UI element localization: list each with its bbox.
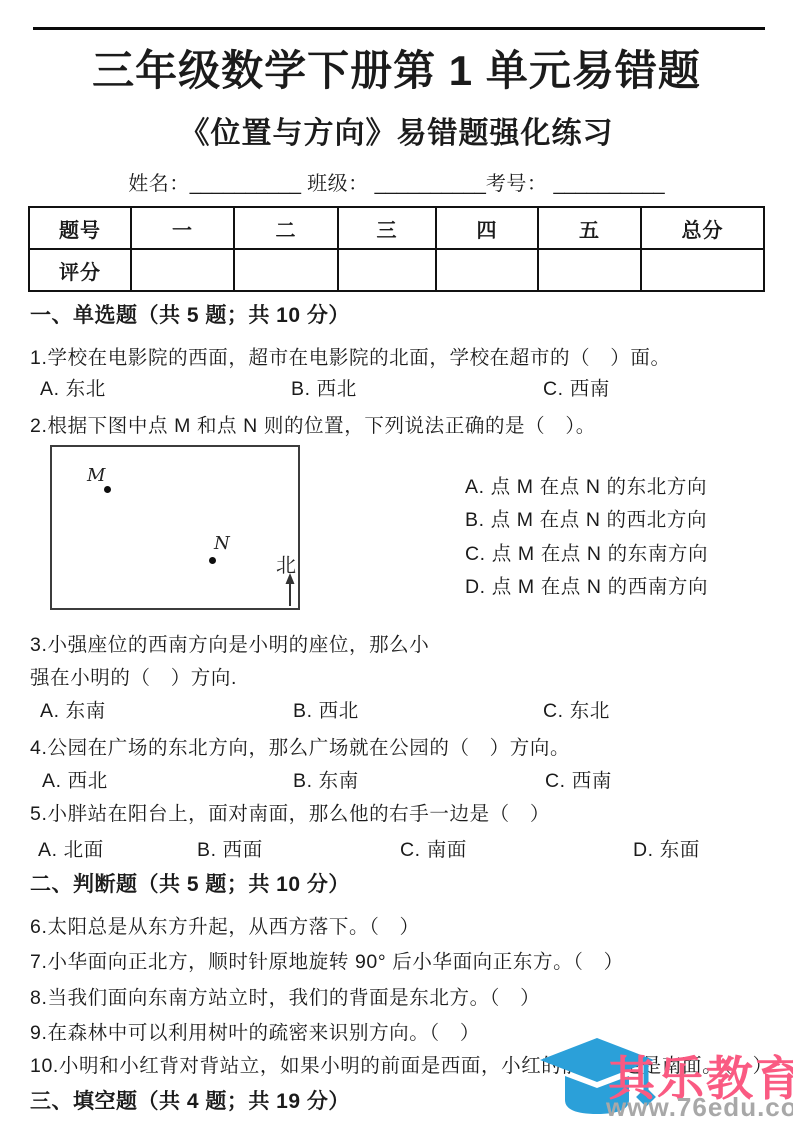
- point-m-label: M: [87, 465, 105, 486]
- watermark-url-text: www.76edu.com: [606, 1092, 793, 1122]
- q5-option-c: C. 南面: [400, 834, 467, 862]
- north-arrow-icon: [283, 573, 297, 607]
- question-9: 9.在森林中可以利用树叶的疏密来识别方向。（ ）: [30, 1017, 480, 1045]
- exam-number-label: 考号：: [486, 173, 548, 195]
- q4-option-a: A. 西北: [42, 765, 108, 793]
- q5-option-d: D. 东面: [633, 834, 700, 862]
- score-table-header: 二: [234, 207, 338, 249]
- q3-option-c: C. 东北: [543, 695, 610, 723]
- score-table-header: 总分: [641, 207, 764, 249]
- q4-option-c: C. 西南: [545, 765, 612, 793]
- score-table-header: 题号: [29, 207, 131, 249]
- q1-option-b: B. 西北: [291, 373, 357, 401]
- class-blank[interactable]: __________: [375, 173, 486, 195]
- class-label: 班级：: [307, 173, 369, 195]
- question-5: 5.小胖站在阳台上，面对南面，那么他的右手一边是（ ）: [30, 798, 550, 826]
- score-cell[interactable]: [538, 249, 641, 291]
- q2-option-c: C. 点 M 在点 N 的东南方向: [465, 538, 765, 571]
- question-8: 8.当我们面向东南方站立时，我们的背面是东北方。（ ）: [30, 982, 540, 1010]
- score-table-header: 一: [131, 207, 234, 249]
- question-7: 7.小华面向正北方，顺时针原地旋转 90° 后小华面向正东方。（ ）: [30, 946, 624, 974]
- name-blank[interactable]: __________: [190, 173, 301, 195]
- q5-option-a: A. 北面: [38, 834, 104, 862]
- point-n-dot: [209, 557, 216, 564]
- score-cell[interactable]: [641, 249, 764, 291]
- divider-line: [33, 27, 765, 30]
- question-2: 2.根据下图中点 M 和点 N 则的位置，下列说法正确的是（ ）。: [30, 410, 596, 438]
- q2-option-d: D. 点 M 在点 N 的西南方向: [465, 571, 765, 604]
- q2-options: A. 点 M 在点 N 的东北方向 B. 点 M 在点 N 的西北方向 C. 点…: [465, 471, 765, 605]
- score-table-score-row: 评分: [29, 249, 764, 291]
- score-table: 题号 一 二 三 四 五 总分 评分: [28, 206, 765, 292]
- exam-number-blank[interactable]: __________: [553, 173, 664, 195]
- score-cell[interactable]: [131, 249, 234, 291]
- point-m-dot: [104, 486, 111, 493]
- score-cell[interactable]: [436, 249, 538, 291]
- section-heading-3: 三、填空题（共 4 题；共 19 分）: [30, 1085, 350, 1115]
- score-table-header: 五: [538, 207, 641, 249]
- question-4: 4.公园在广场的东北方向，那么广场就在公园的（ ）方向。: [30, 732, 570, 760]
- question-3-line-1: 3.小强座位的西南方向是小明的座位，那么小: [30, 629, 429, 657]
- name-label: 姓名：: [128, 173, 190, 195]
- q3-option-a: A. 东南: [40, 695, 106, 723]
- q3-option-b: B. 西北: [293, 695, 359, 723]
- page-title: 三年级数学下册第 1 单元易错题: [0, 38, 793, 98]
- score-table-header: 四: [436, 207, 538, 249]
- page-subtitle: 《位置与方向》易错题强化练习: [0, 108, 793, 152]
- score-cell[interactable]: [338, 249, 436, 291]
- student-info-line: 姓名：__________ 班级： __________考号： ________…: [0, 167, 793, 196]
- score-cell[interactable]: [234, 249, 338, 291]
- score-table-header-row: 题号 一 二 三 四 五 总分: [29, 207, 764, 249]
- q5-option-b: B. 西面: [197, 834, 263, 862]
- q2-option-b: B. 点 M 在点 N 的西北方向: [465, 504, 765, 537]
- question-6: 6.太阳总是从东方升起，从西方落下。（ ）: [30, 911, 420, 939]
- worksheet-page: 三年级数学下册第 1 单元易错题 《位置与方向》易错题强化练习 姓名：_____…: [0, 0, 793, 1122]
- section-heading-1: 一、单选题（共 5 题；共 10 分）: [30, 299, 350, 329]
- question-1: 1.学校在电影院的西面，超市在电影院的北面，学校在超市的（ ）面。: [30, 342, 671, 370]
- section-heading-2: 二、判断题（共 5 题；共 10 分）: [30, 868, 350, 898]
- point-n-label: N: [214, 533, 230, 554]
- q4-option-b: B. 东南: [293, 765, 359, 793]
- q1-option-c: C. 西南: [543, 373, 610, 401]
- watermark: 其乐教育 www.76edu.com: [540, 1032, 793, 1122]
- question-3-line-2: 强在小明的（ ）方向.: [30, 662, 237, 690]
- score-table-header: 三: [338, 207, 436, 249]
- q1-option-a: A. 东北: [40, 373, 106, 401]
- score-row-label: 评分: [29, 249, 131, 291]
- direction-diagram: M N 北: [50, 445, 300, 610]
- q2-option-a: A. 点 M 在点 N 的东北方向: [465, 471, 765, 504]
